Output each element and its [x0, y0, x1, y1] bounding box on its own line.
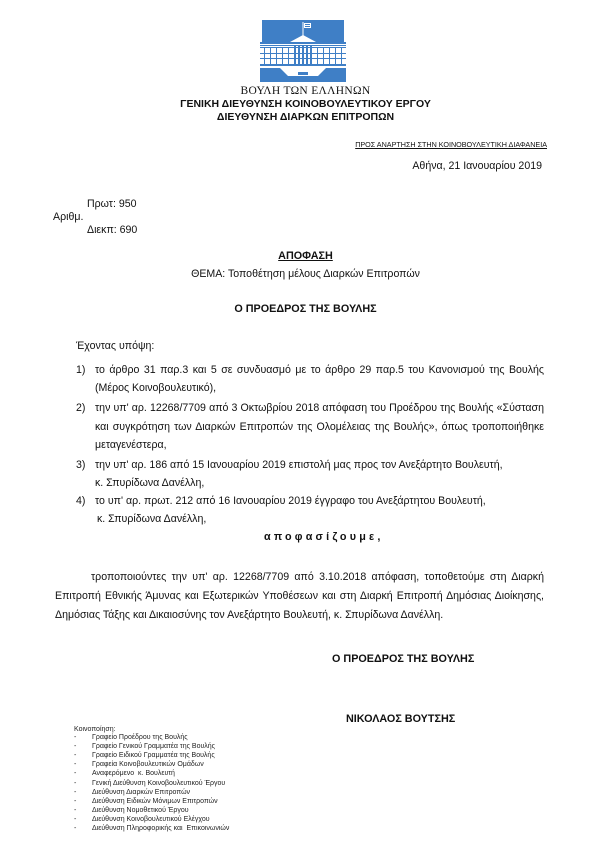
document-type: ΑΠΟΦΑΣΗ	[0, 250, 611, 262]
notification-bullet: -	[74, 734, 76, 741]
notification-bullet: -	[74, 816, 76, 823]
notification-bullet: -	[74, 798, 76, 805]
item-line: το άρθρο 31 παρ.3 και 5 σε συνδυασμό με …	[95, 364, 544, 376]
notification-bullet: -	[74, 743, 76, 750]
decision-word: αποφασίζουμε,	[264, 531, 384, 543]
notification-recipient: Γραφεία Κοινοβουλευτικών Ομάδων	[92, 761, 204, 768]
notification-bullet: -	[74, 761, 76, 768]
item-line: το υπ' αρ. πρωτ. 212 από 16 Ιανουαρίου 2…	[95, 495, 486, 507]
notification-recipient: Γραφείο Ειδικού Γραμματέα της Βουλής	[92, 752, 215, 759]
decision-line: τροποποιούντες την υπ' αρ. 12268/7709 απ…	[91, 571, 544, 583]
item-line: και συγκρότηση των Διαρκών Επιτροπών της…	[95, 421, 544, 433]
issuer-heading: Ο ΠΡΟΕΔΡΟΣ ΤΗΣ ΒΟΥΛΗΣ	[0, 303, 611, 315]
notification-bullet: -	[74, 825, 76, 832]
decision-line: Επιτροπή Εθνικής Άμυνας και Εξωτερικών Υ…	[55, 590, 544, 602]
notification-bullet: -	[74, 770, 76, 777]
org-name: ΒΟΥΛΗ ΤΩΝ ΕΛΛΗΝΩΝ	[0, 85, 611, 97]
item-line: μεταγενέστερα,	[95, 439, 167, 451]
directorate-general: ΓΕΝΙΚΗ ΔΙΕΥΘΥΝΣΗ ΚΟΙΝΟΒΟΥΛΕΥΤΙΚΟΥ ΕΡΓΟΥ	[0, 98, 611, 110]
item-number: 4)	[76, 495, 85, 507]
item-line: την υπ' αρ. 186 από 15 Ιανουαρίου 2019 ε…	[95, 459, 503, 471]
reference-label: Αριθμ.	[53, 211, 83, 223]
document-subject: ΘΕΜΑ: Τοποθέτηση μέλους Διαρκών Επιτροπώ…	[0, 268, 611, 280]
notification-label: Κοινοποίηση:	[74, 726, 116, 733]
place-date: Αθήνα, 21 Ιανουαρίου 2019	[412, 160, 542, 172]
item-number: 2)	[76, 402, 85, 414]
considering-label: Έχοντας υπόψη:	[76, 340, 154, 352]
directorate: ΔΙΕΥΘΥΝΣΗ ΔΙΑΡΚΩΝ ΕΠΙΤΡΟΠΩΝ	[0, 111, 611, 123]
notification-recipient: Διεύθυνση Διαρκών Επιτροπών	[92, 789, 190, 796]
item-number: 3)	[76, 459, 85, 471]
hellenic-parliament-logo-icon	[260, 20, 346, 82]
posting-notice: ΠΡΟΣ ΑΝΑΡΤΗΣΗ ΣΤΗΝ ΚΟΙΝΟΒΟΥΛΕΥΤΙΚΗ ΔΙΑΦΑ…	[355, 140, 547, 149]
item-line: (Μέρος Κοινοβουλευτικό),	[95, 382, 216, 394]
dispatch-number: Διεκπ: 690	[87, 224, 137, 236]
notification-recipient: Διεύθυνση Νομοθετικού Έργου	[92, 807, 189, 814]
notification-bullet: -	[74, 780, 76, 787]
item-line: κ. Σπυρίδωνα Δανέλλη,	[95, 477, 204, 489]
notification-bullet: -	[74, 807, 76, 814]
notification-recipient: Διεύθυνση Ειδικών Μόνιμων Επιτροπών	[92, 798, 218, 805]
notification-bullet: -	[74, 752, 76, 759]
notification-recipient: Διεύθυνση Κοινοβουλευτικού Ελέγχου	[92, 816, 210, 823]
signature-name: ΝΙΚΟΛΑΟΣ ΒΟΥΤΣΗΣ	[346, 713, 455, 725]
protocol-number: Πρωτ: 950	[87, 198, 137, 210]
item-line: την υπ' αρ. 12268/7709 από 3 Οκτωβρίου 2…	[95, 402, 544, 414]
decision-line: Δημόσιας Τάξης και Δικαιοσύνης τον Ανεξά…	[55, 609, 443, 621]
notification-recipient: Γραφείο Προέδρου της Βουλής	[92, 734, 188, 741]
notification-bullet: -	[74, 789, 76, 796]
notification-recipient: Γραφείο Γενικού Γραμματέα της Βουλής	[92, 743, 215, 750]
item-line: κ. Σπυρίδωνα Δανέλλη,	[97, 513, 206, 525]
item-number: 1)	[76, 364, 85, 376]
notification-recipient: Γενική Διεύθυνση Κοινοβουλευτικού Έργου	[92, 780, 225, 787]
notification-recipient: Διεύθυνση Πληροφορικής και Επικοινωνιών	[92, 825, 229, 832]
signature-title: Ο ΠΡΟΕΔΡΟΣ ΤΗΣ ΒΟΥΛΗΣ	[332, 653, 474, 665]
notification-recipient: Αναφερόμενο κ. Βουλευτή	[92, 770, 175, 777]
